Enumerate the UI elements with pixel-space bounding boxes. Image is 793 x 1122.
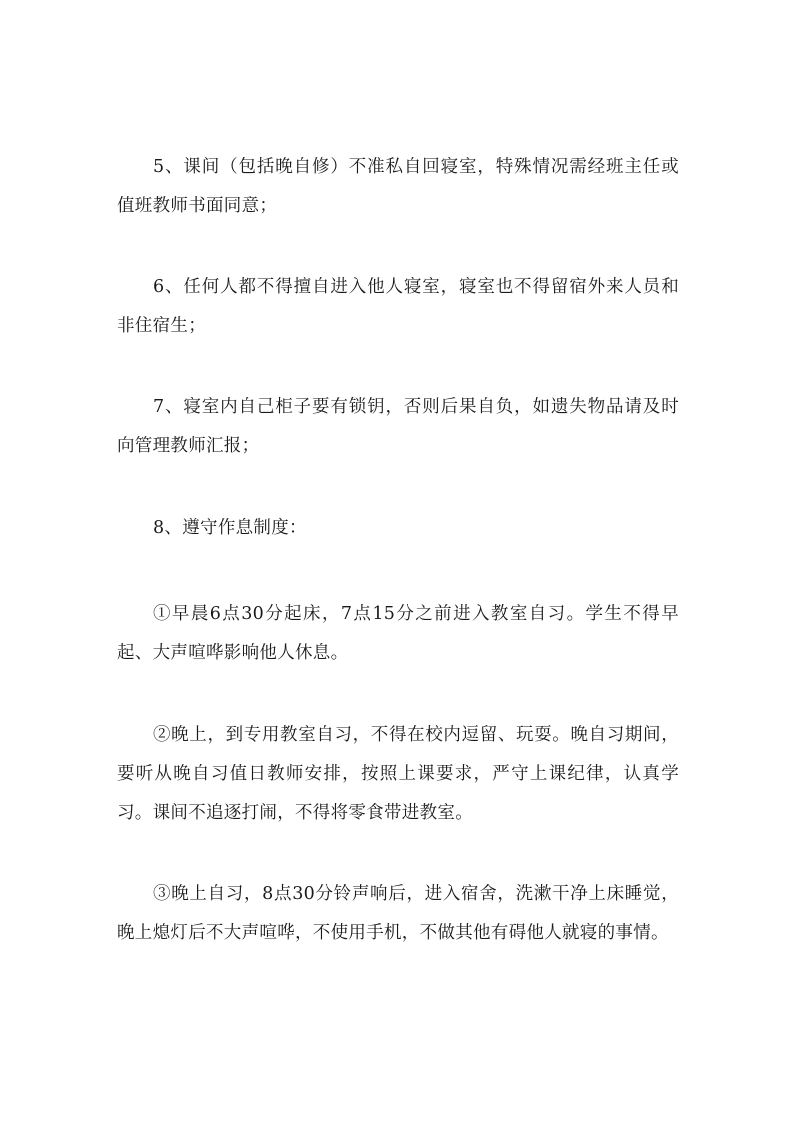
paragraph-rule-8-heading: 8、遵守作息制度： bbox=[117, 509, 679, 548]
paragraph-rule-6: 6、任何人都不得擅自进入他人寝室，寝室也不得留宿外来人员和非住宿生； bbox=[117, 268, 679, 346]
paragraph-rule-8-item-1: ①早晨6点30分起床，7点15分之前进入教室自习。学生不得早起、大声喧哗影响他人… bbox=[117, 595, 679, 673]
paragraph-rule-8-item-2: ②晚上，到专用教室自习，不得在校内逗留、玩耍。晚自习期间，要听从晚自习值日教师安… bbox=[117, 716, 679, 833]
paragraph-rule-8-item-3: ③晚上自习，8点30分铃声响后，进入宿舍，洗漱干净上床睡觉，晚上熄灯后不大声喧哗… bbox=[117, 875, 679, 953]
paragraph-rule-7: 7、寝室内自己柜子要有锁钥，否则后果自负，如遗失物品请及时向管理教师汇报； bbox=[117, 388, 679, 466]
paragraph-rule-5: 5、课间（包括晚自修）不准私自回寝室，特殊情况需经班主任或值班教师书面同意； bbox=[117, 148, 679, 226]
